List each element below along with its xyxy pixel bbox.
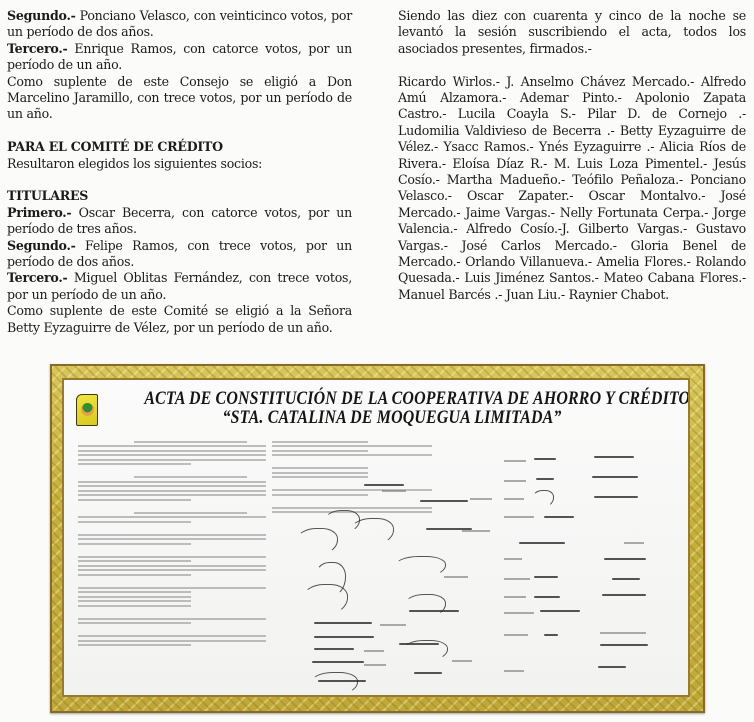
signatories-list: Ricardo Wirlos.- J. Anselmo Chávez Merca… — [398, 74, 746, 304]
closing-paragraph: Siendo las diez con cuarenta y cinco de … — [398, 8, 746, 57]
section-heading-comite-credito: PARA EL COMITÉ DE CRÉDITO — [7, 139, 352, 155]
subheading-titulares: TITULARES — [7, 188, 352, 204]
framed-certificate-photo: ACTA DE CONSTITUCIÓN DE LA COOPERATIVA D… — [50, 364, 705, 713]
certificate-paper: ACTA DE CONSTITUCIÓN DE LA COOPERATIVA D… — [64, 380, 688, 695]
right-text-column: Siendo las diez con cuarenta y cinco de … — [398, 8, 746, 303]
section-intro: Resultaron elegidos los siguientes socio… — [7, 156, 352, 172]
paragraph-segundo: Segundo.- Ponciano Velasco, con veintici… — [7, 8, 352, 41]
paragraph-suplente-consejo: Como suplente de este Consejo se eligió … — [7, 74, 352, 123]
left-text-column: Segundo.- Ponciano Velasco, con veintici… — [7, 8, 352, 336]
paragraph-suplente-comite: Como suplente de este Comité se eligió a… — [7, 303, 352, 336]
titular-segundo: Segundo.- Felipe Ramos, con trece votos,… — [7, 238, 352, 271]
titular-primero: Primero.- Oscar Becerra, con catorce vot… — [7, 205, 352, 238]
certificate-signatures — [64, 380, 688, 695]
paragraph-tercero: Tercero.- Enrique Ramos, con catorce vot… — [7, 41, 352, 74]
titular-tercero: Tercero.- Miguel Oblitas Fernández, con … — [7, 270, 352, 303]
